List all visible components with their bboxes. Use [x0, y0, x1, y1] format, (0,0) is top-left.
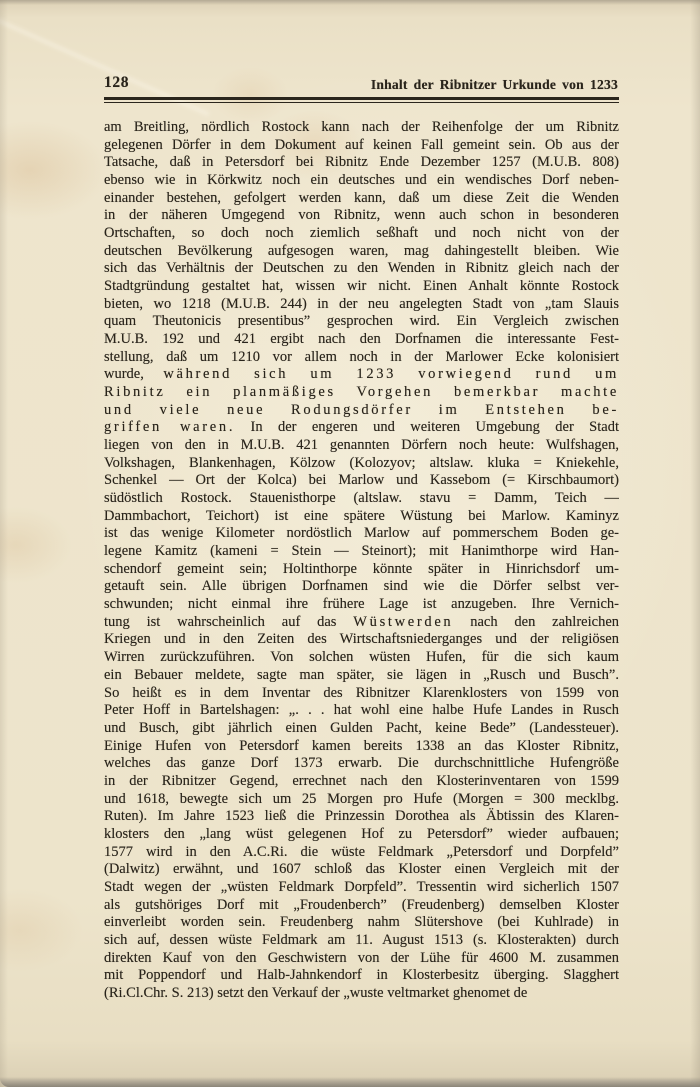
text-line: tung ist wahrscheinlich auf das Wüstwerd… — [104, 614, 619, 632]
text-run: getauft sein. Alle übrigen Dorfnamen sin… — [104, 578, 619, 594]
text-run: Einige Hufen von Petersdorf kamen bereit… — [104, 738, 619, 754]
text-line: stellung, daß um 1210 vor allem noch in … — [104, 349, 619, 367]
text-line: direkten Kauf von den Geschwistern von d… — [104, 950, 619, 968]
text-line: Ortschaften, so doch noch ziemlich seßha… — [104, 225, 619, 243]
header-double-rule — [104, 97, 619, 103]
body-text: am Breitling, nördlich Rostock kann nach… — [104, 119, 619, 1003]
text-line: getauft sein. Alle übrigen Dorfnamen sin… — [104, 578, 619, 596]
text-run: einverleibt worden sein. Freudenberg nah… — [104, 914, 619, 930]
text-run: quam Theutonicis presentibus” gesprochen… — [104, 313, 619, 329]
text-line: in der Ribnitzer Gegend, errechnet nach … — [104, 773, 619, 791]
text-line: einverleibt worden sein. Freudenberg nah… — [104, 914, 619, 932]
text-line: und viele neue Rodungsdörfer im Entstehe… — [104, 402, 619, 420]
text-run: M.U.B. 192 und 421 ergibt nach den Dorfn… — [104, 331, 619, 347]
text-line: Einige Hufen von Petersdorf kamen bereit… — [104, 738, 619, 756]
text-run: 1577 wird in den A.C.Ri. die wüste Feldm… — [104, 844, 619, 860]
text-run: stellung, daß um 1210 vor allem noch in … — [104, 349, 619, 365]
emphasized-spaced-text: während sich um 1233 vorwiegend rund um — [163, 366, 619, 382]
text-line: M.U.B. 192 und 421 ergibt nach den Dorfn… — [104, 331, 619, 349]
text-run: ein Bebauer meldete, sagte man später, s… — [104, 667, 619, 683]
text-line: Stadtgründung gestaltet hat, wissen wir … — [104, 278, 619, 296]
text-line: Wirren zurückzuführen. Von solchen wüste… — [104, 649, 619, 667]
text-run: schwunden; nicht einmal ihre frühere Lag… — [104, 596, 619, 612]
text-run: einander bestehen, gefolgert werden kann… — [104, 190, 619, 206]
page-edge-shadow-left — [0, 0, 8, 1087]
scanned-book-page: 128 Inhalt der Ribnitzer Urkunde von 123… — [0, 0, 700, 1087]
text-line: gelegenen Dörfer in dem Dokument auf kei… — [104, 137, 619, 155]
text-run: mit Poppendorf und Halb-Jahnkendorf in K… — [104, 967, 619, 983]
text-line: und 1618, bewegte sich um 25 Morgen pro … — [104, 791, 619, 809]
text-line: Stadt wegen der „wüsten Feldmark Dorpfel… — [104, 879, 619, 897]
text-line: ebenso wie in Körkwitz noch ein deutsche… — [104, 172, 619, 190]
text-run: direkten Kauf von den Geschwistern von d… — [104, 950, 619, 966]
text-run: sich das Verhältnis der Deutschen zu den… — [104, 260, 619, 276]
text-run: und 1618, bewegte sich um 25 Morgen pro … — [104, 791, 619, 807]
text-run: nach den zahlreichen — [453, 614, 619, 630]
text-line: Ruten). Im Jahre 1523 ließ die Prinzessi… — [104, 808, 619, 826]
text-line: Tatsache, daß in Petersdorf bei Ribnitz … — [104, 154, 619, 172]
text-run: Stadt wegen der „wüsten Feldmark Dorpfel… — [104, 879, 619, 895]
text-line: als gutshöriges Dorf mit „Froudenberch” … — [104, 897, 619, 915]
text-line: Kriegen und in den Zeiten des Wirtschaft… — [104, 631, 619, 649]
text-run: bieten, wo 1218 (M.U.B. 244) in der neu … — [104, 296, 619, 312]
text-run: (Dalwitz) erwähnt, und 1607 schloß das K… — [104, 861, 619, 877]
text-run: ebenso wie in Körkwitz noch ein deutsche… — [104, 172, 619, 188]
text-run: Ortschaften, so doch noch ziemlich seßha… — [104, 225, 619, 241]
text-run: In der engeren und weiteren Umgebung der… — [235, 419, 619, 435]
emphasized-spaced-text: und viele neue Rodungsdörfer im Entstehe… — [104, 402, 619, 418]
text-run: Tatsache, daß in Petersdorf bei Ribnitz … — [104, 154, 619, 170]
page-edge-shadow-right — [690, 0, 700, 1087]
text-line: quam Theutonicis presentibus” gesprochen… — [104, 313, 619, 331]
text-run: deutschen Bevölkerung aufgesogen waren, … — [104, 243, 619, 259]
text-run: als gutshöriges Dorf mit „Froudenberch” … — [104, 897, 619, 913]
text-run: Ruten). Im Jahre 1523 ließ die Prinzessi… — [104, 808, 619, 824]
text-line: in der näheren Umgegend von Ribnitz, wen… — [104, 207, 619, 225]
text-line: südöstlich Rostock. Stauenisthorpe (alts… — [104, 490, 619, 508]
text-line: legene Kamitz (kameni = Stein — Steinort… — [104, 543, 619, 561]
text-line: So heißt es in dem Inventar des Ribnitze… — [104, 685, 619, 703]
text-run: Peter Hoff in Bartelshagen: „. . . hat w… — [104, 702, 619, 718]
text-run: tung ist wahrscheinlich auf das — [104, 614, 353, 630]
text-run: gelegenen Dörfer in dem Dokument auf kei… — [104, 137, 619, 153]
text-line: und Busch, gibt jährlich einen Gulden Pa… — [104, 720, 619, 738]
text-run: Kriegen und in den Zeiten des Wirtschaft… — [104, 631, 619, 647]
text-line: (Ri.Cl.Chr. S. 213) setzt den Verkauf de… — [104, 985, 619, 1003]
page-edge-shadow-bottom — [0, 1077, 700, 1087]
text-line: ein Bebauer meldete, sagte man später, s… — [104, 667, 619, 685]
text-run: in der näheren Umgegend von Ribnitz, wen… — [104, 207, 619, 223]
text-run: wurde, — [104, 366, 163, 382]
text-line: wurde, während sich um 1233 vorwiegend r… — [104, 366, 619, 384]
text-line: (Dalwitz) erwähnt, und 1607 schloß das K… — [104, 861, 619, 879]
text-run: (Ri.Cl.Chr. S. 213) setzt den Verkauf de… — [104, 985, 527, 1001]
text-run: welches das ganze Dorf 1373 erwarb. Die … — [104, 755, 619, 771]
text-run: legene Kamitz (kameni = Stein — Steinort… — [104, 543, 619, 559]
text-line: Volkshagen, Blankenhagen, Kölzow (Kolozy… — [104, 455, 619, 473]
text-line: schendorf gemeint sein; Holtinthorpe kön… — [104, 561, 619, 579]
text-run: So heißt es in dem Inventar des Ribnitze… — [104, 685, 619, 701]
text-line: Peter Hoff in Bartelshagen: „. . . hat w… — [104, 702, 619, 720]
page-header: 128 Inhalt der Ribnitzer Urkunde von 123… — [104, 74, 619, 104]
text-run: und Busch, gibt jährlich einen Gulden Pa… — [104, 720, 619, 736]
text-line: am Breitling, nördlich Rostock kann nach… — [104, 119, 619, 137]
running-title: Inhalt der Ribnitzer Urkunde von 1233 — [371, 77, 618, 93]
text-run: Schenkel — Ort der Kolca) bei Marlow und… — [104, 472, 619, 488]
text-line: welches das ganze Dorf 1373 erwarb. Die … — [104, 755, 619, 773]
text-line: Schenkel — Ort der Kolca) bei Marlow und… — [104, 472, 619, 490]
text-run: schendorf gemeint sein; Holtinthorpe kön… — [104, 561, 619, 577]
text-line: mit Poppendorf und Halb-Jahnkendorf in K… — [104, 967, 619, 985]
text-run: liegen von den in M.U.B. 421 genannten D… — [104, 437, 619, 453]
page-edge-shadow-top — [0, 0, 700, 5]
text-run: am Breitling, nördlich Rostock kann nach… — [104, 119, 619, 135]
emphasized-spaced-text: Ribnitz ein planmäßiges Vorgehen bemerkb… — [104, 384, 619, 400]
text-line: sich das Verhältnis der Deutschen zu den… — [104, 260, 619, 278]
text-line: Ribnitz ein planmäßiges Vorgehen bemerkb… — [104, 384, 619, 402]
text-run: sich auf, dessen wüste Feldmark am 11. A… — [104, 932, 619, 948]
text-line: 1577 wird in den A.C.Ri. die wüste Feldm… — [104, 844, 619, 862]
text-line: sich auf, dessen wüste Feldmark am 11. A… — [104, 932, 619, 950]
emphasized-spaced-text: griffen waren. — [104, 419, 235, 435]
text-line: schwunden; nicht einmal ihre frühere Lag… — [104, 596, 619, 614]
emphasized-spaced-text: Wüstwerden — [353, 614, 453, 630]
text-line: griffen waren. In der engeren und weiter… — [104, 419, 619, 437]
text-run: Stadtgründung gestaltet hat, wissen wir … — [104, 278, 619, 294]
text-line: einander bestehen, gefolgert werden kann… — [104, 190, 619, 208]
text-line: ist das wenige Kilometer nordöstlich Mar… — [104, 525, 619, 543]
text-run: südöstlich Rostock. Stauenisthorpe (alts… — [104, 490, 619, 506]
text-run: Wirren zurückzuführen. Von solchen wüste… — [104, 649, 619, 665]
text-run: klosters den „lang wüst gelegenen Hof zu… — [104, 826, 619, 842]
text-line: deutschen Bevölkerung aufgesogen waren, … — [104, 243, 619, 261]
text-run: in der Ribnitzer Gegend, errechnet nach … — [104, 773, 619, 789]
text-line: bieten, wo 1218 (M.U.B. 244) in der neu … — [104, 296, 619, 314]
text-line: Dammbachort, Teichort) ist eine spätere … — [104, 508, 619, 526]
text-run: Dammbachort, Teichort) ist eine spätere … — [104, 508, 619, 524]
page-number: 128 — [104, 74, 129, 92]
text-run: Volkshagen, Blankenhagen, Kölzow (Kolozy… — [104, 455, 619, 471]
text-run: ist das wenige Kilometer nordöstlich Mar… — [104, 525, 619, 541]
text-line: liegen von den in M.U.B. 421 genannten D… — [104, 437, 619, 455]
text-line: klosters den „lang wüst gelegenen Hof zu… — [104, 826, 619, 844]
